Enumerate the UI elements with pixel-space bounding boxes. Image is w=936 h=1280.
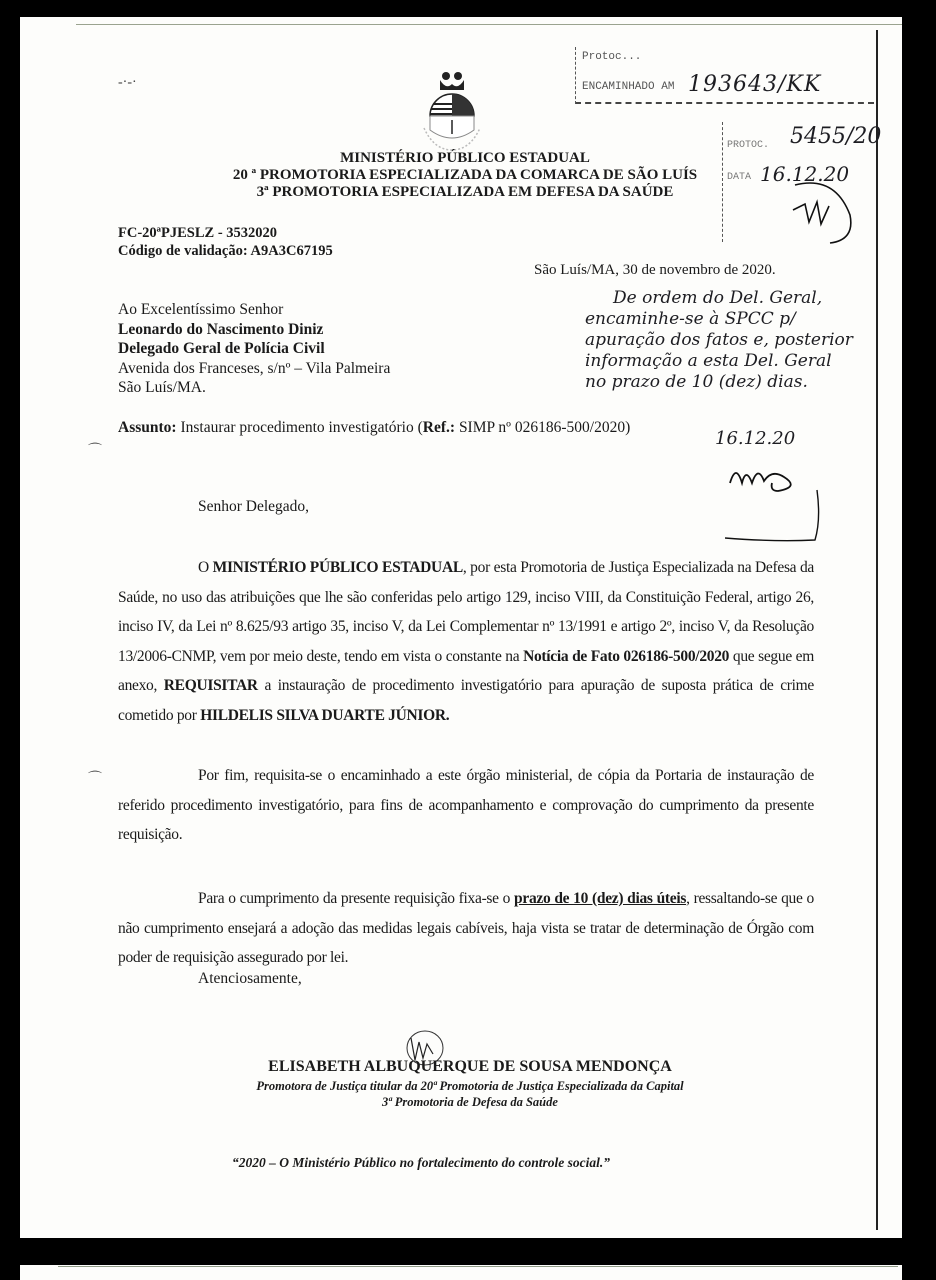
handwritten-dispatch-note: De ordem do Del. Geral, encaminhe-se à S… [585, 288, 885, 393]
margin-mark: ⌒ [88, 440, 102, 460]
handwritten-line: apuração dos fatos e, posterior [585, 330, 885, 351]
signer-role-line: Promotora de Justiça titular da 20ª Prom… [200, 1078, 740, 1094]
deadline: prazo de 10 (dez) dias úteis [514, 890, 686, 907]
margin-mark: -·-· [118, 75, 137, 91]
signature-scribble-icon [785, 175, 865, 245]
subject-line: Assunto: Instaurar procedimento investig… [118, 419, 630, 437]
next-page [20, 1265, 902, 1280]
text: Para o cumprimento da presente requisiçã… [198, 890, 514, 907]
letterhead: MINISTÉRIO PÚBLICO ESTADUAL 20 ª PROMOTO… [200, 150, 730, 201]
margin-mark: ⌒ [88, 768, 102, 788]
subject-text: Instaurar procedimento investigatório ( [177, 419, 423, 436]
subject-ref-text: SIMP nº 026186-500/2020) [455, 419, 630, 436]
addressee-name: Leonardo do Nascimento Diniz [118, 320, 390, 340]
validation-code: Código de validação: A9A3C67195 [118, 243, 333, 261]
institutional-motto: “2020 – O Ministério Público no fortalec… [232, 1155, 610, 1171]
handwritten-line: no prazo de 10 (dez) dias. [585, 372, 885, 393]
addressee-title: Delegado Geral de Polícia Civil [118, 339, 390, 359]
handwritten-date: 16.12.20 [715, 428, 795, 449]
text: O [198, 559, 213, 576]
page-edge [76, 24, 902, 25]
handwritten-line: informação a esta Del. Geral [585, 351, 885, 372]
body-paragraph: O MINISTÉRIO PÚBLICO ESTADUAL, por esta … [118, 553, 814, 730]
action-verb: REQUISITAR [164, 677, 258, 694]
accused-name: HILDELIS SILVA DUARTE JÚNIOR. [200, 707, 449, 724]
date-line: São Luís/MA, 30 de novembro de 2020. [534, 262, 776, 279]
stamp-faded-text: Protoc... [582, 51, 641, 63]
handwritten-stamp-number: 5455/20 [790, 124, 881, 149]
entity-name: MINISTÉRIO PÚBLICO ESTADUAL [213, 559, 463, 576]
stamp-faded-text: PROTOC. [727, 140, 769, 151]
body-paragraph: Por fim, requisita-se o encaminhado a es… [118, 761, 814, 850]
document-code: FC-20ªPJESLZ - 3532020 [118, 225, 333, 243]
coat-of-arms-icon [420, 68, 484, 154]
handwritten-signature-icon [725, 455, 835, 545]
notice-reference: Notícia de Fato 026186-500/2020 [523, 648, 729, 665]
reference-block: FC-20ªPJESLZ - 3532020 Código de validaç… [118, 225, 333, 260]
body-paragraph: Para o cumprimento da presente requisiçã… [118, 884, 814, 973]
addressee-address: Avenida dos Franceses, s/nº – Vila Palme… [118, 359, 390, 379]
handwritten-protocol-number: 193643/KK [688, 72, 821, 97]
signer-name: ELISABETH ALBUQUERQUE DE SOUSA MENDONÇA [200, 1058, 740, 1076]
signer-role: Promotora de Justiça titular da 20ª Prom… [200, 1078, 740, 1110]
handwritten-line: De ordem do Del. Geral, [585, 288, 885, 309]
page-edge [876, 30, 878, 1230]
stamp-faded-text: DATA [727, 172, 751, 183]
subject-label: Assunto: [118, 419, 177, 436]
subject-ref-label: Ref.: [423, 419, 455, 436]
salutation: Senhor Delegado, [198, 498, 309, 516]
addressee-city: São Luís/MA. [118, 378, 390, 398]
handwritten-line: encaminhe-se à SPCC p/ [585, 309, 885, 330]
page-edge [58, 1266, 898, 1267]
closing: Atenciosamente, [198, 970, 302, 988]
addressee-greeting: Ao Excelentíssimo Senhor [118, 300, 390, 320]
stamp-faded-text: ENCAMINHADO AM [582, 81, 674, 93]
letterhead-line: 20 ª PROMOTORIA ESPECIALIZADA DA COMARCA… [200, 167, 730, 184]
letterhead-line: MINISTÉRIO PÚBLICO ESTADUAL [200, 150, 730, 167]
text: Por fim, requisita-se o encaminhado a es… [118, 767, 814, 843]
letterhead-line: 3ª PROMOTORIA ESPECIALIZADA EM DEFESA DA… [200, 184, 730, 201]
signer-role-line: 3ª Promotoria de Defesa da Saúde [200, 1094, 740, 1110]
addressee-block: Ao Excelentíssimo Senhor Leonardo do Nas… [118, 300, 390, 398]
